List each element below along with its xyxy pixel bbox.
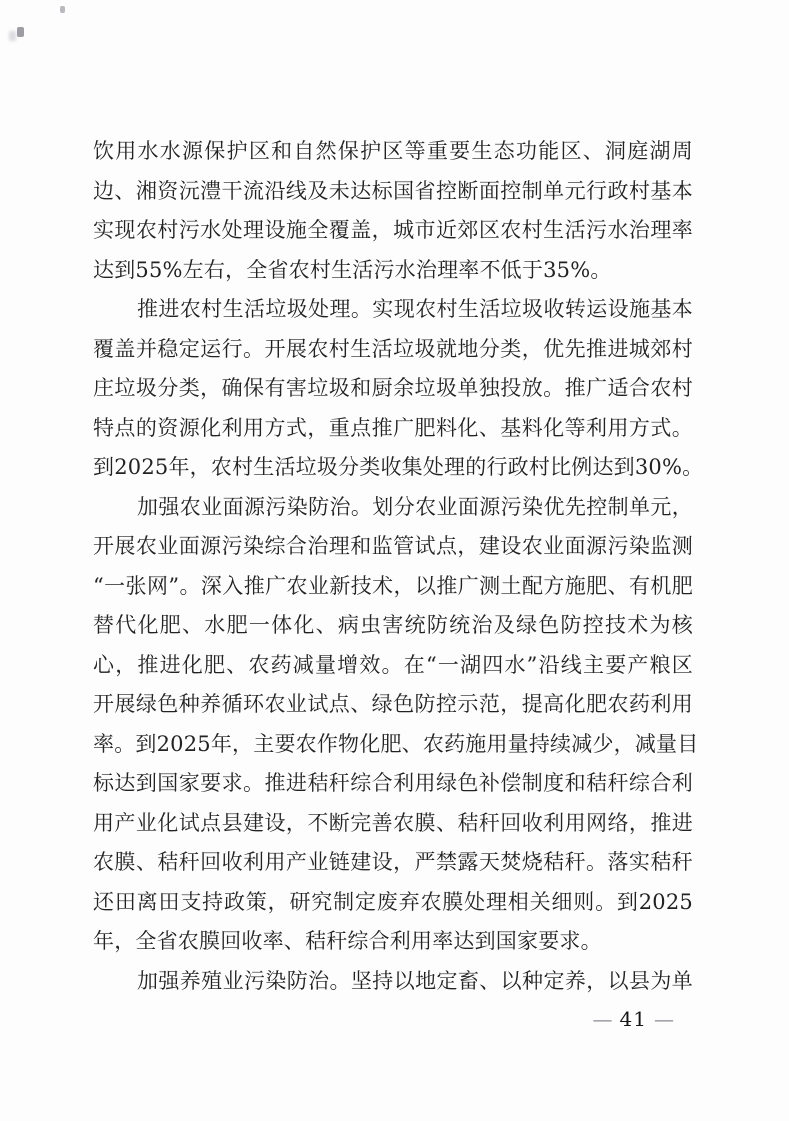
text-line: 边、湘资沅澧干流沿线及未达标国省控断面控制单元行政村基本 — [93, 172, 693, 212]
text-line: 心，推进化肥、农药减量增效。在“一湖四水”沿线主要产粮区 — [93, 646, 693, 686]
document-text: 饮用水水源保护区和自然保护区等重要生态功能区、洞庭湖周 边、湘资沅澧干流沿线及未… — [93, 132, 693, 1001]
text-line: “一张网”。深入推广农业新技术，以推广测土配方施肥、有机肥 — [93, 567, 693, 607]
text-line: 到2025年，农村生活垃圾分类收集处理的行政村比例达到30%。 — [93, 448, 693, 488]
paragraph: 饮用水水源保护区和自然保护区等重要生态功能区、洞庭湖周 边、湘资沅澧干流沿线及未… — [93, 132, 693, 290]
paragraph: 加强养殖业污染防治。坚持以地定畜、以种定养，以县为单 — [93, 962, 693, 1002]
text-line: 农膜、秸秆回收利用产业链建设，严禁露天焚烧秸秆。落实秸秆 — [93, 843, 693, 883]
text-line: 加强养殖业污染防治。坚持以地定畜、以种定养，以县为单 — [93, 962, 693, 1002]
text-line: 年，全省农膜回收率、秸秆综合利用率达到国家要求。 — [93, 922, 693, 962]
text-line: 实现农村污水处理设施全覆盖，城市近郊区农村生活污水治理率 — [93, 211, 693, 251]
text-line: 标达到国家要求。推进秸秆综合利用绿色补偿制度和秸秆综合利 — [93, 764, 693, 804]
text-line: 推进农村生活垃圾处理。实现农村生活垃圾收转运设施基本 — [93, 290, 693, 330]
page-number-dash-left: — — [593, 1006, 613, 1032]
paragraph: 推进农村生活垃圾处理。实现农村生活垃圾收转运设施基本 覆盖并稳定运行。开展农村生… — [93, 290, 693, 488]
page-number: — 41 — — [593, 1006, 674, 1032]
text-line: 用产业化试点县建设，不断完善农膜、秸秆回收利用网络，推进 — [93, 804, 693, 844]
text-line: 还田离田支持政策，研究制定废弃农膜处理相关细则。到2025 — [93, 883, 693, 923]
text-line: 覆盖并稳定运行。开展农村生活垃圾就地分类，优先推进城郊村 — [93, 330, 693, 370]
scan-speck — [17, 27, 24, 37]
document-page: 饮用水水源保护区和自然保护区等重要生态功能区、洞庭湖周 边、湘资沅澧干流沿线及未… — [0, 0, 789, 1121]
text-line: 饮用水水源保护区和自然保护区等重要生态功能区、洞庭湖周 — [93, 132, 693, 172]
text-line: 加强农业面源污染防治。划分农业面源污染优先控制单元， — [93, 488, 693, 528]
text-line: 达到55%左右，全省农村生活污水治理率不低于35%。 — [93, 251, 693, 291]
text-line: 庄垃圾分类，确保有害垃圾和厨余垃圾单独投放。推广适合农村 — [93, 369, 693, 409]
page-number-value: 41 — [620, 1006, 647, 1032]
text-line: 率。到2025年，主要农作物化肥、农药施用量持续减少，减量目 — [93, 725, 693, 765]
page-number-dash-right: — — [654, 1006, 674, 1032]
paragraph: 加强农业面源污染防治。划分农业面源污染优先控制单元， 开展农业面源污染综合治理和… — [93, 488, 693, 962]
text-line: 特点的资源化利用方式，重点推广肥料化、基料化等利用方式。 — [93, 409, 693, 449]
text-line: 替代化肥、水肥一体化、病虫害统防统治及绿色防控技术为核 — [93, 606, 693, 646]
scan-speck — [60, 6, 65, 13]
text-line: 开展绿色种养循环农业试点、绿色防控示范，提高化肥农药利用 — [93, 685, 693, 725]
text-line: 开展农业面源污染综合治理和监管试点，建设农业面源污染监测 — [93, 527, 693, 567]
